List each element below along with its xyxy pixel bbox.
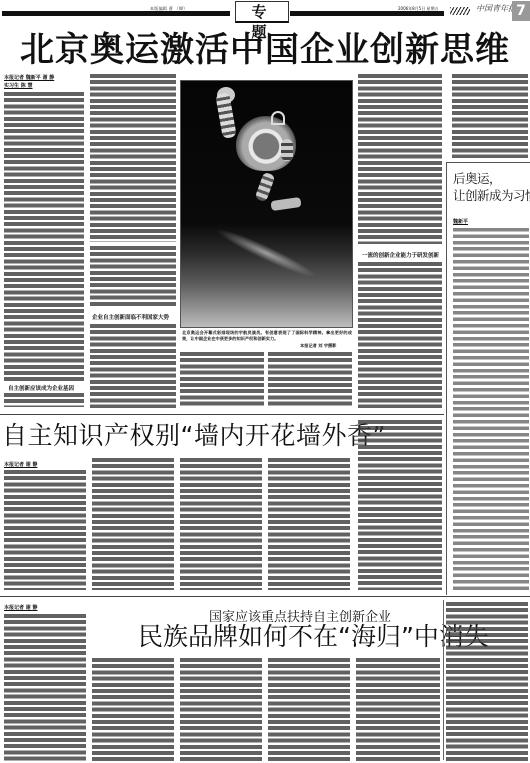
main-article-body-col5 <box>358 74 442 244</box>
hatch-decoration-icon <box>450 7 470 15</box>
main-article-body-col1 <box>4 92 84 382</box>
main-article-body-col2 <box>90 74 176 242</box>
sidebar-title-line1: 后奥运， <box>453 171 501 186</box>
section-divider-2 <box>0 596 530 597</box>
page-masthead: 本版编辑 曹 （W） 专 题 2006年8月5日 星期五 中国青年报 7 <box>0 0 530 24</box>
third-article-body-col3 <box>180 658 262 762</box>
third-byline: 本报记者 谢 静 <box>4 604 37 611</box>
photo-credit: 本报记者 刘 宇摄影 <box>300 343 336 349</box>
newspaper-logo: 中国青年报 <box>476 3 516 14</box>
photo-astronaut-tube <box>271 111 285 125</box>
third-article-body-col2 <box>92 658 174 762</box>
photo-astronaut-boot <box>270 197 301 211</box>
masthead-date: 2006年8月5日 星期五 <box>398 6 439 12</box>
masthead-editor-info: 本版编辑 曹 （W） <box>150 6 188 12</box>
main-subhead-3: 一流的创新企业能力于研发创新 <box>362 251 439 259</box>
third-article-body-col6 <box>446 602 528 762</box>
main-subhead-1: 自主创新应该成为企业基因 <box>8 384 74 392</box>
third-headline: 民族品牌如何不在“海归”中消失 <box>138 622 442 652</box>
sidebar-byline: 魏新平 <box>453 218 468 225</box>
second-article-body-col2 <box>92 458 174 590</box>
photo-astronaut-leg <box>255 172 276 202</box>
main-article-body-col2c <box>90 324 176 408</box>
second-article-body-col4 <box>268 458 350 590</box>
column-divider <box>443 600 444 760</box>
main-byline: 本报记者 魏新平 谢 静 <box>4 74 54 81</box>
photo-light-beam <box>213 223 319 282</box>
section-label: 专 题 <box>235 1 289 23</box>
page-number-badge: 7 <box>512 1 530 21</box>
sidebar-title-line2: 让创新成为习惯 <box>453 188 530 203</box>
third-article-body-col1 <box>4 614 86 762</box>
main-article-body-col1b <box>4 393 84 407</box>
main-article-body-col5b <box>358 262 442 408</box>
main-byline-intern: 实习生 陈 慧 <box>4 82 32 89</box>
masthead-rule-left <box>2 11 230 16</box>
third-article-body-col5 <box>356 658 440 762</box>
main-article-body-col3 <box>180 352 264 408</box>
photo-caption: 北京奥运会开幕式彩排现场的宇航员演员。有创意表现了了国际科学精神。拿出更好的成果… <box>182 330 352 342</box>
third-article-body-col4 <box>268 658 350 762</box>
second-headline: 自主知识产权别“墙内开花墙外香” <box>2 421 386 451</box>
main-headline: 北京奥运激活中国企业创新思维 <box>0 30 530 70</box>
second-article-body-col5 <box>358 420 442 590</box>
sidebar-body <box>453 228 529 590</box>
photo-astronaut-arm-right <box>281 139 293 161</box>
main-article-body-col2b <box>90 246 176 306</box>
main-article-body-col4 <box>268 352 352 408</box>
sidebar-title: 后奥运， 让创新成为习惯 <box>453 170 530 204</box>
second-article-body-col3 <box>180 458 262 590</box>
second-byline: 本报记者 谢 静 <box>4 461 37 468</box>
main-article-body-col6 <box>452 74 528 158</box>
astronaut-photo <box>180 80 353 328</box>
main-subhead-2: 企业自主创新面临不利国家大势 <box>92 313 169 321</box>
section-divider <box>0 414 444 415</box>
second-article-body-col1 <box>4 470 86 590</box>
